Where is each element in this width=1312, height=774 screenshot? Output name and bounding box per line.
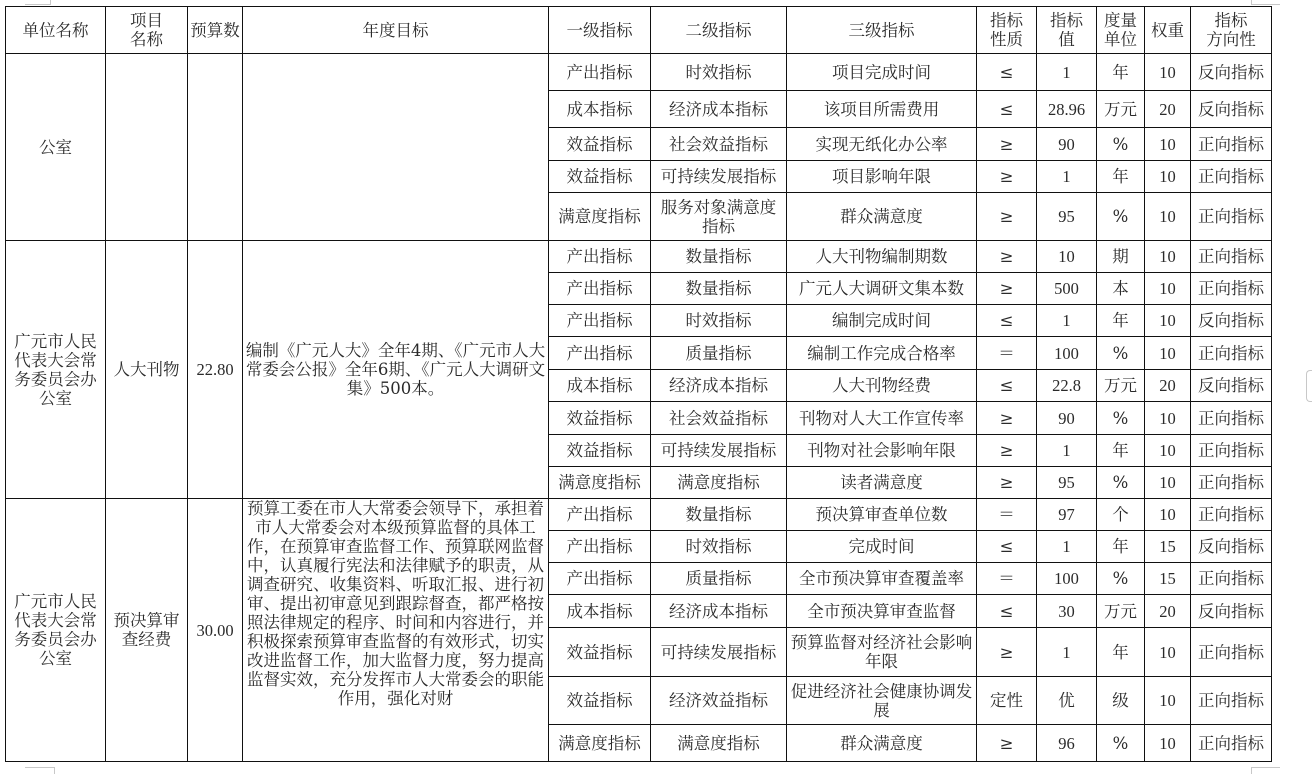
weight-cell: 20	[1145, 595, 1191, 628]
direction-cell: 正向指标	[1191, 337, 1272, 370]
weight-cell: 10	[1145, 193, 1191, 241]
level2-indicator-cell: 经济效益指标	[651, 677, 787, 725]
level1-indicator-cell: 成本指标	[549, 370, 651, 402]
weight-cell: 10	[1145, 467, 1191, 499]
direction-cell: 正向指标	[1191, 128, 1272, 161]
level3-indicator-cell: 预决算审查单位数	[787, 499, 977, 531]
indicator-nature-cell: ≤	[977, 595, 1037, 628]
level2-indicator-cell: 质量指标	[651, 337, 787, 370]
direction-cell: 反向指标	[1191, 54, 1272, 91]
level3-indicator-cell: 促进经济社会健康协调发展	[787, 677, 977, 725]
direction-cell: 反向指标	[1191, 531, 1272, 563]
weight-cell: 10	[1145, 677, 1191, 725]
indicator-value-cell: 22.8	[1037, 370, 1097, 402]
direction-cell: 正向指标	[1191, 161, 1272, 193]
header-row: 单位名称 项目 名称 预算数 年度目标 一级指标 二级指标 三级指标 指标 性质…	[6, 7, 1272, 54]
level3-indicator-cell: 全市预决算审查监督	[787, 595, 977, 628]
level2-indicator-cell: 时效指标	[651, 531, 787, 563]
measure-unit-cell: 年	[1097, 531, 1145, 563]
weight-cell: 20	[1145, 91, 1191, 128]
header-level3-indicator: 三级指标	[787, 7, 977, 54]
level2-indicator-cell: 社会效益指标	[651, 128, 787, 161]
indicator-nature-cell: ≤	[977, 370, 1037, 402]
level3-indicator-cell: 该项目所需费用	[787, 91, 977, 128]
level1-indicator-cell: 效益指标	[549, 628, 651, 677]
level3-indicator-cell: 群众满意度	[787, 725, 977, 762]
annual-goal-cell: 编制《广元人大》全年4期、《广元市人大常委会公报》全年6期、《广元人大调研文集》…	[243, 241, 549, 499]
indicator-value-cell: 500	[1037, 273, 1097, 305]
measure-unit-cell: %	[1097, 725, 1145, 762]
indicator-nature-cell: ≤	[977, 305, 1037, 337]
performance-target-table: 单位名称 项目 名称 预算数 年度目标 一级指标 二级指标 三级指标 指标 性质…	[5, 6, 1272, 762]
indicator-value-cell: 1	[1037, 435, 1097, 467]
measure-unit-cell: %	[1097, 563, 1145, 595]
measure-unit-cell: %	[1097, 337, 1145, 370]
measure-unit-cell: 期	[1097, 241, 1145, 273]
indicator-value-cell: 1	[1037, 531, 1097, 563]
weight-cell: 10	[1145, 305, 1191, 337]
indicator-nature-cell: ≥	[977, 435, 1037, 467]
weight-cell: 20	[1145, 370, 1191, 402]
level3-indicator-cell: 预算监督对经济社会影响年限	[787, 628, 977, 677]
weight-cell: 10	[1145, 435, 1191, 467]
direction-cell: 正向指标	[1191, 193, 1272, 241]
weight-cell: 15	[1145, 531, 1191, 563]
level1-indicator-cell: 效益指标	[549, 161, 651, 193]
level1-indicator-cell: 效益指标	[549, 435, 651, 467]
level1-indicator-cell: 效益指标	[549, 677, 651, 725]
header-level1-indicator: 一级指标	[549, 7, 651, 54]
level2-indicator-cell: 服务对象满意度指标	[651, 193, 787, 241]
indicator-nature-cell: ≥	[977, 161, 1037, 193]
level2-indicator-cell: 可持续发展指标	[651, 161, 787, 193]
weight-cell: 10	[1145, 128, 1191, 161]
level1-indicator-cell: 满意度指标	[549, 193, 651, 241]
indicator-value-cell: 1	[1037, 305, 1097, 337]
indicator-nature-cell: 定性	[977, 677, 1037, 725]
project-name-cell: 预决算审查经费	[106, 499, 188, 762]
level3-indicator-cell: 读者满意度	[787, 467, 977, 499]
page-crop-mark-bottom-right	[1251, 767, 1280, 774]
indicator-nature-cell: ≥	[977, 273, 1037, 305]
measure-unit-cell: 年	[1097, 161, 1145, 193]
indicator-value-cell: 30	[1037, 595, 1097, 628]
indicator-value-cell: 优	[1037, 677, 1097, 725]
level1-indicator-cell: 效益指标	[549, 128, 651, 161]
level2-indicator-cell: 满意度指标	[651, 725, 787, 762]
level2-indicator-cell: 经济成本指标	[651, 370, 787, 402]
side-panel-handle[interactable]	[1306, 370, 1312, 402]
header-indicator-value: 指标 值	[1037, 7, 1097, 54]
direction-cell: 反向指标	[1191, 91, 1272, 128]
level1-indicator-cell: 成本指标	[549, 91, 651, 128]
level1-indicator-cell: 产出指标	[549, 54, 651, 91]
unit-name-cell: 广元市人民代表大会常务委员会办公室	[6, 499, 106, 762]
level3-indicator-cell: 编制工作完成合格率	[787, 337, 977, 370]
table-row: 广元市人民代表大会常务委员会办公室预决算审查经费30.00预算工委在市人大常委会…	[6, 499, 1272, 531]
measure-unit-cell: %	[1097, 128, 1145, 161]
table-row: 广元市人民代表大会常务委员会办公室人大刊物22.80编制《广元人大》全年4期、《…	[6, 241, 1272, 273]
measure-unit-cell: 万元	[1097, 370, 1145, 402]
page-crop-mark-bottom-left	[25, 767, 55, 774]
weight-cell: 10	[1145, 499, 1191, 531]
budget-cell: 22.80	[188, 241, 243, 499]
direction-cell: 正向指标	[1191, 677, 1272, 725]
level3-indicator-cell: 刊物对社会影响年限	[787, 435, 977, 467]
direction-cell: 正向指标	[1191, 467, 1272, 499]
indicator-nature-cell: ≥	[977, 193, 1037, 241]
level2-indicator-cell: 数量指标	[651, 241, 787, 273]
level3-indicator-cell: 群众满意度	[787, 193, 977, 241]
weight-cell: 10	[1145, 628, 1191, 677]
measure-unit-cell: 年	[1097, 435, 1145, 467]
weight-cell: 10	[1145, 725, 1191, 762]
level1-indicator-cell: 满意度指标	[549, 725, 651, 762]
annual-goal-cell	[243, 54, 549, 241]
indicator-nature-cell: ≥	[977, 725, 1037, 762]
annual-goal-cell: 预算工委在市人大常委会领导下，承担着市人大常委会对本级预算监督的具体工作，在预算…	[243, 499, 549, 762]
level2-indicator-cell: 数量指标	[651, 499, 787, 531]
indicator-value-cell: 90	[1037, 128, 1097, 161]
budget-cell: 30.00	[188, 499, 243, 762]
level1-indicator-cell: 满意度指标	[549, 467, 651, 499]
level3-indicator-cell: 实现无纸化办公率	[787, 128, 977, 161]
weight-cell: 10	[1145, 161, 1191, 193]
weight-cell: 10	[1145, 337, 1191, 370]
level2-indicator-cell: 时效指标	[651, 54, 787, 91]
weight-cell: 15	[1145, 563, 1191, 595]
level1-indicator-cell: 产出指标	[549, 563, 651, 595]
level3-indicator-cell: 完成时间	[787, 531, 977, 563]
budget-cell	[188, 54, 243, 241]
weight-cell: 10	[1145, 273, 1191, 305]
level3-indicator-cell: 人大刊物经费	[787, 370, 977, 402]
page-crop-mark-top-left	[25, 0, 51, 5]
measure-unit-cell: 个	[1097, 499, 1145, 531]
level1-indicator-cell: 效益指标	[549, 402, 651, 435]
direction-cell: 正向指标	[1191, 241, 1272, 273]
direction-cell: 反向指标	[1191, 305, 1272, 337]
level1-indicator-cell: 产出指标	[549, 305, 651, 337]
level1-indicator-cell: 成本指标	[549, 595, 651, 628]
indicator-nature-cell: ＝	[977, 499, 1037, 531]
indicator-value-cell: 90	[1037, 402, 1097, 435]
direction-cell: 正向指标	[1191, 628, 1272, 677]
direction-cell: 正向指标	[1191, 273, 1272, 305]
indicator-value-cell: 95	[1037, 467, 1097, 499]
table-row: 公室产出指标时效指标项目完成时间≤1年10反向指标	[6, 54, 1272, 91]
header-indicator-nature: 指标 性质	[977, 7, 1037, 54]
project-name-cell: 人大刊物	[106, 241, 188, 499]
level1-indicator-cell: 产出指标	[549, 241, 651, 273]
indicator-nature-cell: ≥	[977, 628, 1037, 677]
level3-indicator-cell: 广元人大调研文集本数	[787, 273, 977, 305]
indicator-nature-cell: ＝	[977, 337, 1037, 370]
level3-indicator-cell: 刊物对人大工作宣传率	[787, 402, 977, 435]
direction-cell: 正向指标	[1191, 725, 1272, 762]
level2-indicator-cell: 数量指标	[651, 273, 787, 305]
header-annual-goal: 年度目标	[243, 7, 549, 54]
direction-cell: 正向指标	[1191, 499, 1272, 531]
measure-unit-cell: 本	[1097, 273, 1145, 305]
indicator-value-cell: 1	[1037, 54, 1097, 91]
level1-indicator-cell: 产出指标	[549, 273, 651, 305]
header-measure-unit: 度量 单位	[1097, 7, 1145, 54]
direction-cell: 正向指标	[1191, 435, 1272, 467]
indicator-value-cell: 95	[1037, 193, 1097, 241]
indicator-value-cell: 96	[1037, 725, 1097, 762]
measure-unit-cell: %	[1097, 402, 1145, 435]
indicator-nature-cell: ≤	[977, 91, 1037, 128]
level2-indicator-cell: 社会效益指标	[651, 402, 787, 435]
level2-indicator-cell: 质量指标	[651, 563, 787, 595]
indicator-nature-cell: ≥	[977, 467, 1037, 499]
measure-unit-cell: 级	[1097, 677, 1145, 725]
indicator-value-cell: 1	[1037, 628, 1097, 677]
header-level2-indicator: 二级指标	[651, 7, 787, 54]
page-crop-mark-top-right	[1251, 0, 1280, 5]
header-budget: 预算数	[188, 7, 243, 54]
indicator-value-cell: 100	[1037, 337, 1097, 370]
level3-indicator-cell: 编制完成时间	[787, 305, 977, 337]
level3-indicator-cell: 项目影响年限	[787, 161, 977, 193]
measure-unit-cell: 万元	[1097, 595, 1145, 628]
direction-cell: 反向指标	[1191, 370, 1272, 402]
header-direction: 指标 方向性	[1191, 7, 1272, 54]
direction-cell: 正向指标	[1191, 563, 1272, 595]
weight-cell: 10	[1145, 54, 1191, 91]
indicator-nature-cell: ≤	[977, 54, 1037, 91]
measure-unit-cell: %	[1097, 193, 1145, 241]
indicator-nature-cell: ≤	[977, 531, 1037, 563]
header-weight: 权重	[1145, 7, 1191, 54]
measure-unit-cell: 年	[1097, 54, 1145, 91]
indicator-value-cell: 97	[1037, 499, 1097, 531]
level1-indicator-cell: 产出指标	[549, 499, 651, 531]
level3-indicator-cell: 人大刊物编制期数	[787, 241, 977, 273]
level2-indicator-cell: 可持续发展指标	[651, 435, 787, 467]
measure-unit-cell: 年	[1097, 305, 1145, 337]
level2-indicator-cell: 满意度指标	[651, 467, 787, 499]
measure-unit-cell: %	[1097, 467, 1145, 499]
indicator-nature-cell: ≥	[977, 241, 1037, 273]
header-project-name: 项目 名称	[106, 7, 188, 54]
weight-cell: 10	[1145, 402, 1191, 435]
measure-unit-cell: 万元	[1097, 91, 1145, 128]
indicator-nature-cell: ≥	[977, 128, 1037, 161]
indicator-value-cell: 1	[1037, 161, 1097, 193]
level3-indicator-cell: 全市预决算审查覆盖率	[787, 563, 977, 595]
level2-indicator-cell: 经济成本指标	[651, 91, 787, 128]
project-name-cell	[106, 54, 188, 241]
measure-unit-cell: 年	[1097, 628, 1145, 677]
level2-indicator-cell: 经济成本指标	[651, 595, 787, 628]
level1-indicator-cell: 产出指标	[549, 337, 651, 370]
indicator-value-cell: 28.96	[1037, 91, 1097, 128]
header-unit-name: 单位名称	[6, 7, 106, 54]
level3-indicator-cell: 项目完成时间	[787, 54, 977, 91]
direction-cell: 反向指标	[1191, 595, 1272, 628]
level2-indicator-cell: 时效指标	[651, 305, 787, 337]
indicator-nature-cell: ≥	[977, 402, 1037, 435]
indicator-value-cell: 100	[1037, 563, 1097, 595]
unit-name-cell: 广元市人民代表大会常务委员会办公室	[6, 241, 106, 499]
unit-name-cell: 公室	[6, 54, 106, 241]
direction-cell: 正向指标	[1191, 402, 1272, 435]
indicator-nature-cell: ＝	[977, 563, 1037, 595]
weight-cell: 10	[1145, 241, 1191, 273]
level2-indicator-cell: 可持续发展指标	[651, 628, 787, 677]
indicator-value-cell: 10	[1037, 241, 1097, 273]
level1-indicator-cell: 产出指标	[549, 531, 651, 563]
